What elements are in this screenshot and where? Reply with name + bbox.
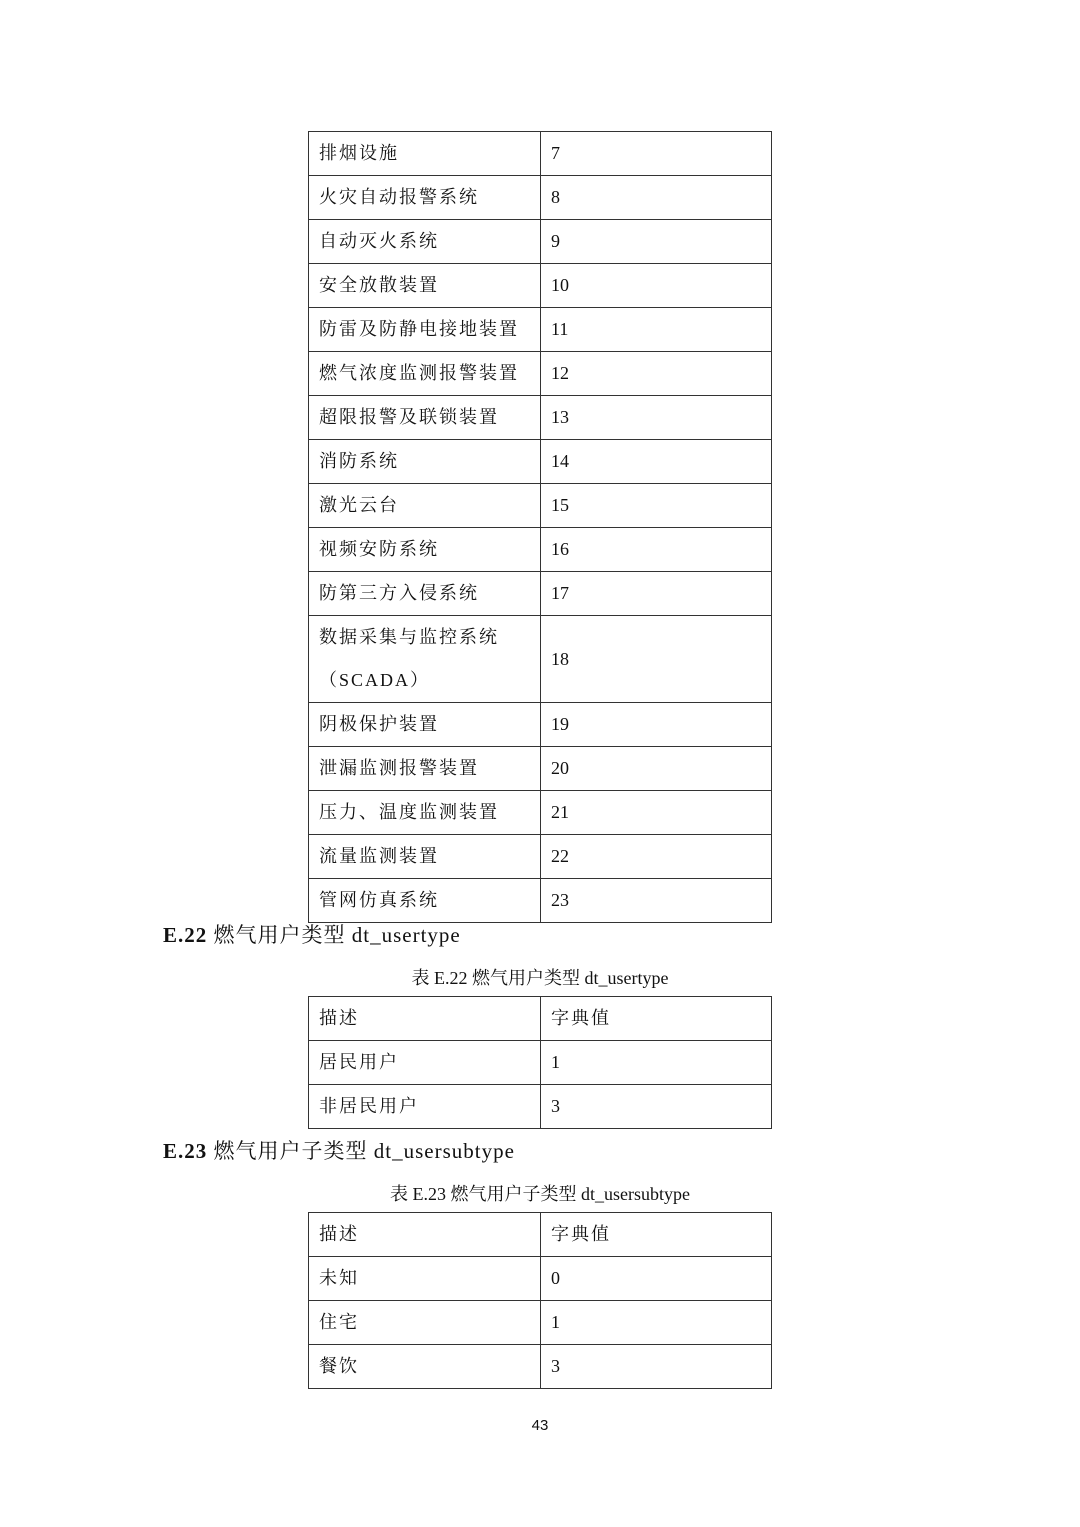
value-cell: 13 <box>541 396 772 440</box>
value-cell: 23 <box>541 879 772 923</box>
header-desc: 描述 <box>309 1213 541 1257</box>
table-header-row: 描述字典值 <box>309 1213 772 1257</box>
desc-cell: 超限报警及联锁装置 <box>309 396 541 440</box>
desc-cell: 阴极保护装置 <box>309 703 541 747</box>
desc-cell: 自动灭火系统 <box>309 220 541 264</box>
desc-cell: 视频安防系统 <box>309 528 541 572</box>
desc-cell: 排烟设施 <box>309 132 541 176</box>
section-title: 燃气用户子类型 dt_usersubtype <box>214 1139 515 1163</box>
desc-cell: 管网仿真系统 <box>309 879 541 923</box>
table-e23: 描述字典值 未知0 住宅1 餐饮3 <box>308 1212 772 1389</box>
table-e21-continued: 排烟设施7 火灾自动报警系统8 自动灭火系统9 安全放散装置10 防雷及防静电接… <box>308 131 772 923</box>
value-cell: 11 <box>541 308 772 352</box>
value-cell: 16 <box>541 528 772 572</box>
desc-cell: 防第三方入侵系统 <box>309 572 541 616</box>
section-heading-e22: E.22 燃气用户类型 dt_usertype <box>163 919 461 949</box>
table-row: 火灾自动报警系统8 <box>309 176 772 220</box>
value-cell: 22 <box>541 835 772 879</box>
value-cell: 14 <box>541 440 772 484</box>
desc-cell: 泄漏监测报警装置 <box>309 747 541 791</box>
table-row: 餐饮3 <box>309 1345 772 1389</box>
table-row: 排烟设施7 <box>309 132 772 176</box>
header-value: 字典值 <box>541 1213 772 1257</box>
value-cell: 7 <box>541 132 772 176</box>
table-header-row: 描述字典值 <box>309 997 772 1041</box>
section-heading-e23: E.23 燃气用户子类型 dt_usersubtype <box>163 1135 515 1165</box>
value-cell: 3 <box>541 1345 772 1389</box>
desc-cell: 激光云台 <box>309 484 541 528</box>
header-value: 字典值 <box>541 997 772 1041</box>
table-row: 燃气浓度监测报警装置12 <box>309 352 772 396</box>
table-row: 未知0 <box>309 1257 772 1301</box>
table-row: 流量监测装置22 <box>309 835 772 879</box>
desc-cell: 防雷及防静电接地装置 <box>309 308 541 352</box>
value-cell: 21 <box>541 791 772 835</box>
desc-cell: 住宅 <box>309 1301 541 1345</box>
value-cell: 0 <box>541 1257 772 1301</box>
desc-cell: 居民用户 <box>309 1041 541 1085</box>
value-cell: 19 <box>541 703 772 747</box>
value-cell: 18 <box>541 616 772 703</box>
value-cell: 15 <box>541 484 772 528</box>
desc-cell: 消防系统 <box>309 440 541 484</box>
table-e22: 描述字典值 居民用户1 非居民用户3 <box>308 996 772 1129</box>
desc-cell: 餐饮 <box>309 1345 541 1389</box>
desc-cell: 未知 <box>309 1257 541 1301</box>
value-cell: 20 <box>541 747 772 791</box>
table-caption-e23: 表 E.23 燃气用户子类型 dt_usersubtype <box>0 1180 1080 1206</box>
desc-cell: 火灾自动报警系统 <box>309 176 541 220</box>
value-cell: 10 <box>541 264 772 308</box>
desc-line-2: （SCADA） <box>319 659 540 702</box>
desc-cell: 燃气浓度监测报警装置 <box>309 352 541 396</box>
value-cell: 8 <box>541 176 772 220</box>
table-row: 自动灭火系统9 <box>309 220 772 264</box>
desc-cell: 流量监测装置 <box>309 835 541 879</box>
table-row: 防第三方入侵系统17 <box>309 572 772 616</box>
value-cell: 3 <box>541 1085 772 1129</box>
table-row: 管网仿真系统23 <box>309 879 772 923</box>
table-row: 非居民用户3 <box>309 1085 772 1129</box>
table-row: 压力、温度监测装置21 <box>309 791 772 835</box>
table-row: 激光云台15 <box>309 484 772 528</box>
table-row: 安全放散装置10 <box>309 264 772 308</box>
section-number: E.22 <box>163 923 207 947</box>
table-row: 防雷及防静电接地装置11 <box>309 308 772 352</box>
desc-cell: 压力、温度监测装置 <box>309 791 541 835</box>
value-cell: 12 <box>541 352 772 396</box>
table-caption-e22: 表 E.22 燃气用户类型 dt_usertype <box>0 964 1080 990</box>
table-row: 消防系统14 <box>309 440 772 484</box>
header-desc: 描述 <box>309 997 541 1041</box>
value-cell: 1 <box>541 1041 772 1085</box>
section-number: E.23 <box>163 1139 207 1163</box>
table-row: 阴极保护装置19 <box>309 703 772 747</box>
value-cell: 17 <box>541 572 772 616</box>
table-row: 数据采集与监控系统 （SCADA） 18 <box>309 616 772 703</box>
desc-line-1: 数据采集与监控系统 <box>319 616 540 659</box>
table-row: 超限报警及联锁装置13 <box>309 396 772 440</box>
desc-cell: 安全放散装置 <box>309 264 541 308</box>
section-title: 燃气用户类型 dt_usertype <box>214 923 461 947</box>
page-number: 43 <box>0 1417 1080 1434</box>
value-cell: 9 <box>541 220 772 264</box>
table-row: 视频安防系统16 <box>309 528 772 572</box>
value-cell: 1 <box>541 1301 772 1345</box>
desc-cell: 数据采集与监控系统 （SCADA） <box>309 616 541 703</box>
table-row: 住宅1 <box>309 1301 772 1345</box>
desc-cell: 非居民用户 <box>309 1085 541 1129</box>
table-row: 居民用户1 <box>309 1041 772 1085</box>
table-row: 泄漏监测报警装置20 <box>309 747 772 791</box>
